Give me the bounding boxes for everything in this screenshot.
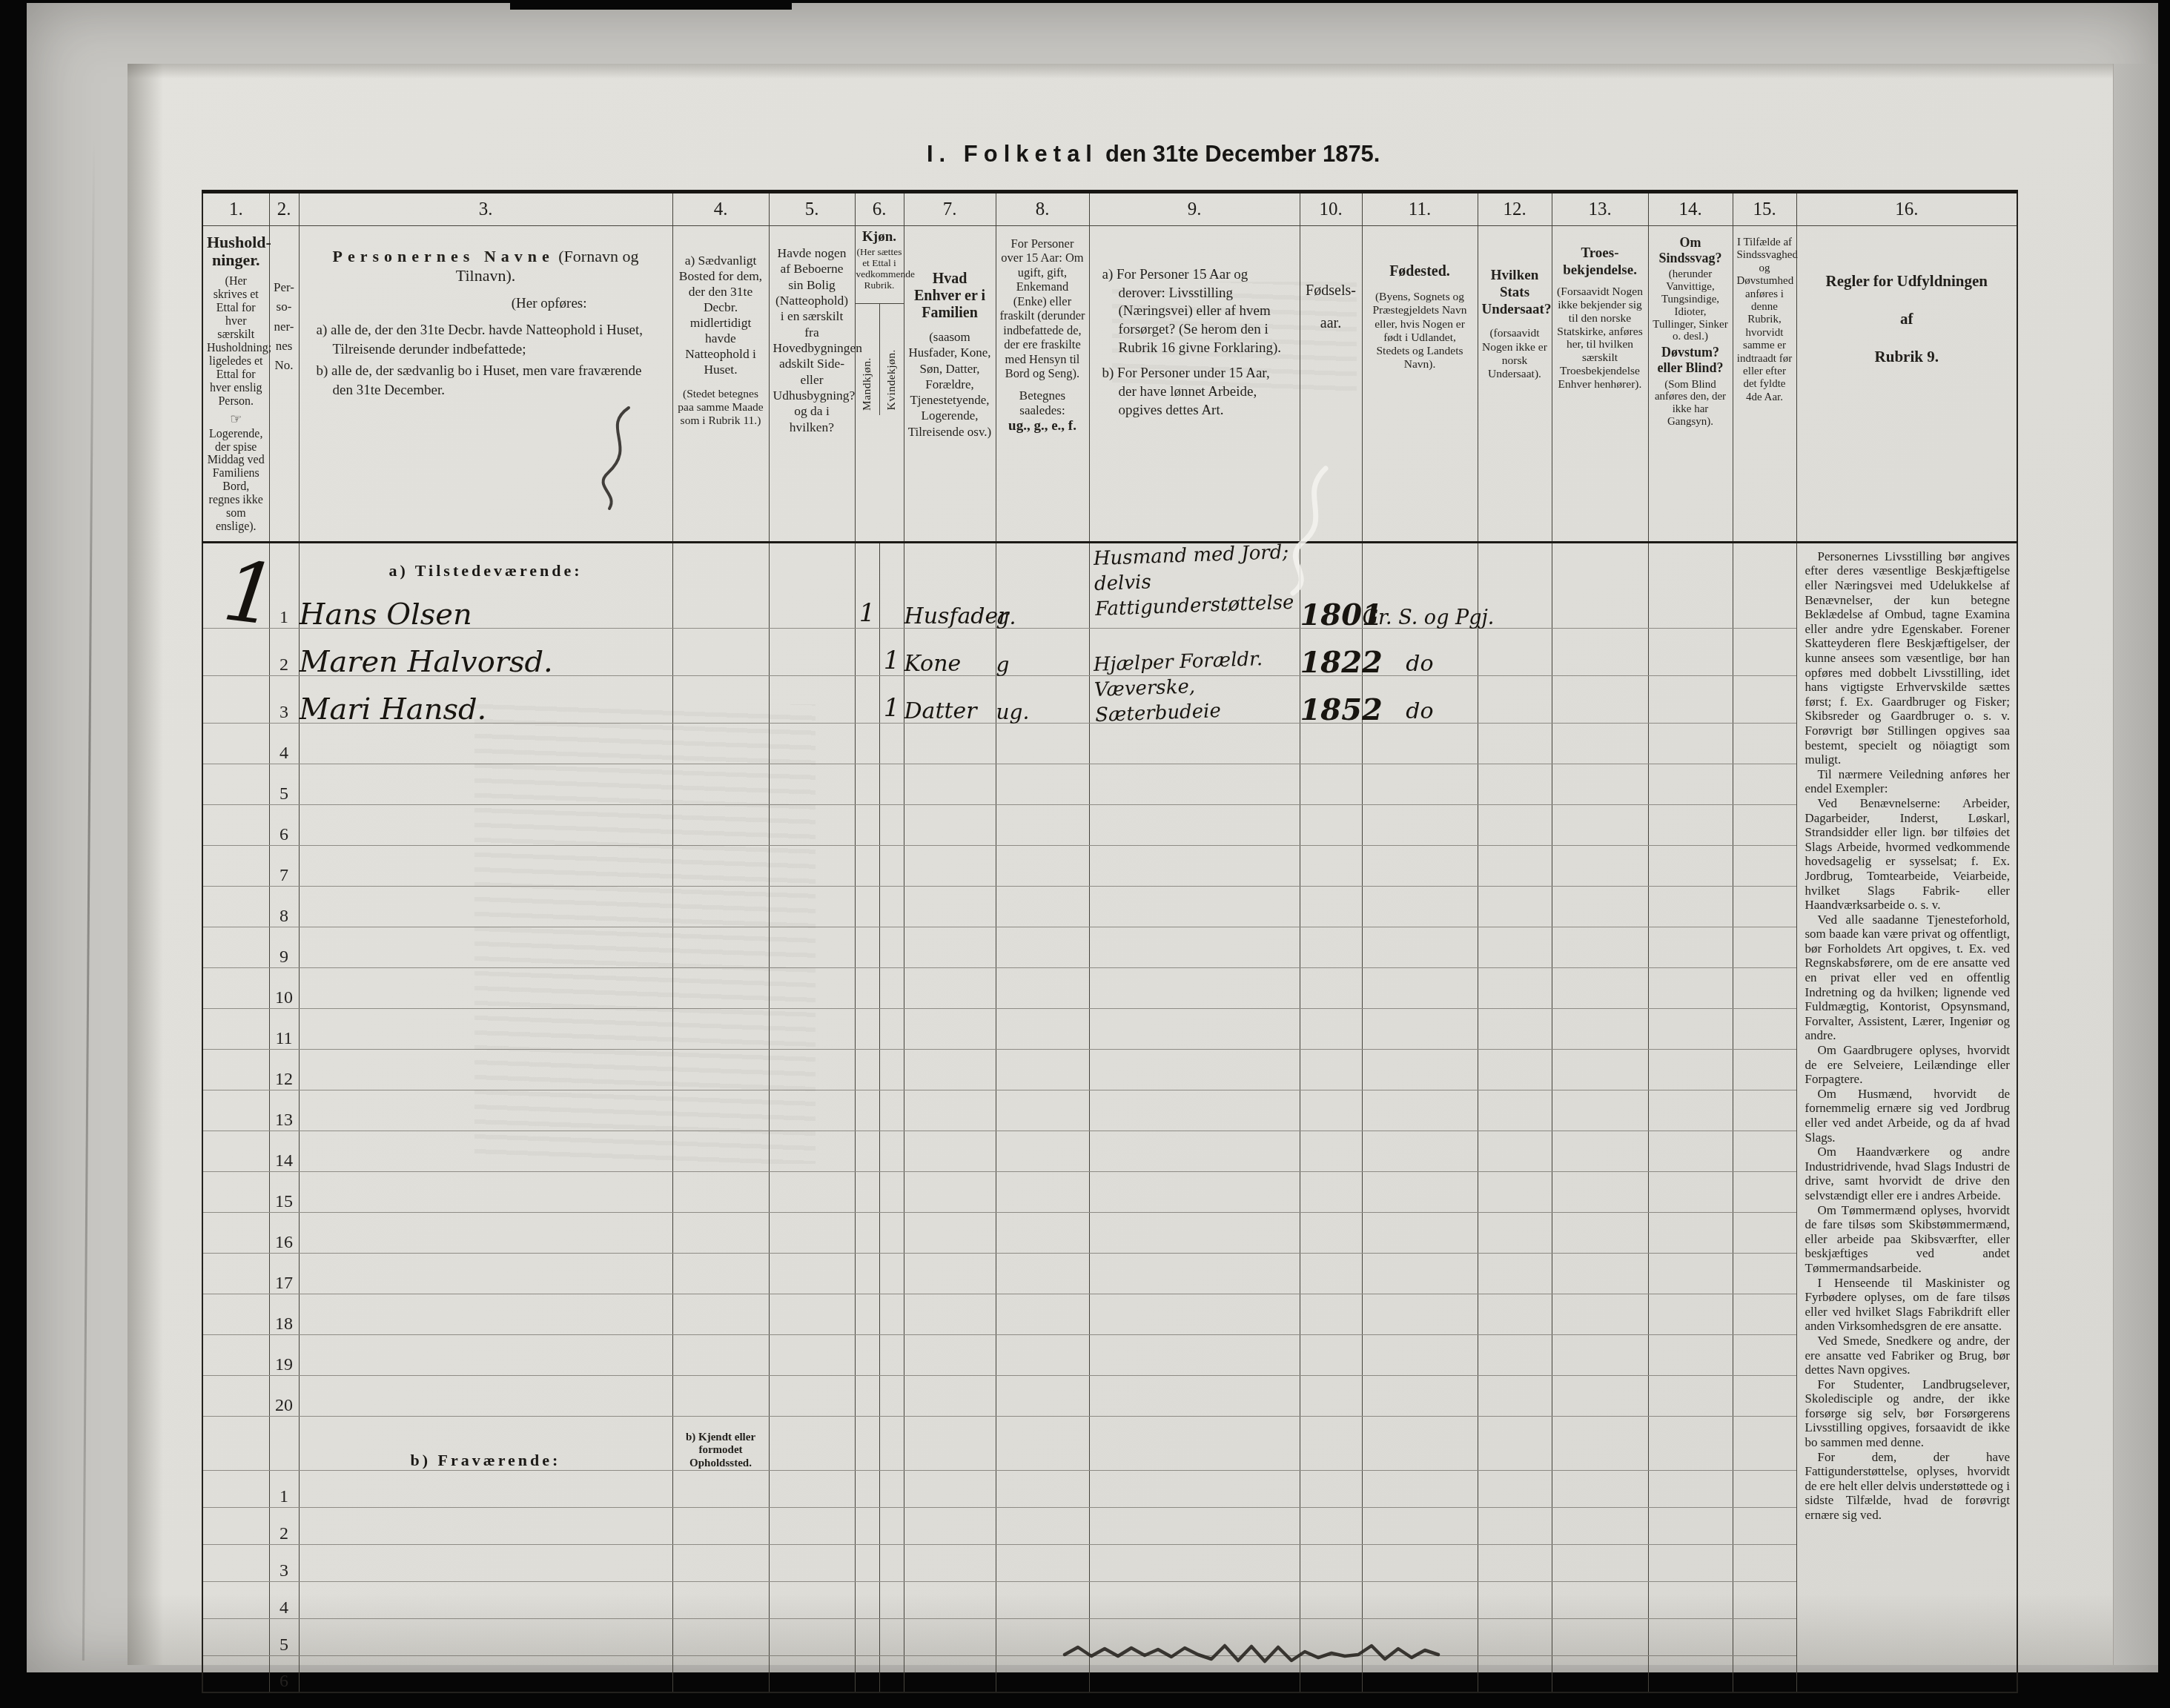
grid-cell bbox=[299, 845, 672, 886]
grid-cell bbox=[672, 1253, 769, 1294]
grid-cell bbox=[996, 1416, 1089, 1470]
grid-cell bbox=[769, 927, 855, 967]
col-number-16: 16. bbox=[1796, 192, 2017, 226]
grid-cell bbox=[1733, 1470, 1796, 1507]
grid-cell bbox=[672, 1212, 769, 1253]
header-usual-residence-note: (Stedet betegnes paa samme Maade som i R… bbox=[677, 388, 765, 427]
rules-paragraph: Ved alle saadanne Tjenesteforhold, som b… bbox=[1805, 913, 2011, 1043]
grid-cell bbox=[1552, 1655, 1648, 1692]
grid-cell bbox=[1733, 1008, 1796, 1049]
person-name: Mari Hansd. bbox=[299, 675, 672, 723]
header-marital-status: For Personer over 15 Aar: Om ugift, gift… bbox=[996, 226, 1089, 543]
grid-cell bbox=[1552, 886, 1648, 927]
grid-cell bbox=[1362, 1544, 1478, 1581]
header-usual-residence: a) Sædvanligt Bosted for dem, der den 31… bbox=[672, 226, 769, 543]
person-number: 2 bbox=[269, 1507, 299, 1544]
grid-cell bbox=[672, 845, 769, 886]
table-row: 18 bbox=[202, 1294, 2017, 1334]
grid-cell bbox=[1552, 1090, 1648, 1131]
grid-cell bbox=[879, 1131, 904, 1171]
grid-cell bbox=[202, 1008, 269, 1049]
grid-cell bbox=[202, 1131, 269, 1171]
grid-cell bbox=[672, 764, 769, 804]
page-title-date: den 31te December 1875. bbox=[1105, 141, 1380, 167]
grid-cell bbox=[1478, 1416, 1552, 1470]
grid-cell bbox=[202, 886, 269, 927]
grid-cell bbox=[996, 1171, 1089, 1212]
grid-cell bbox=[1362, 1507, 1478, 1544]
grid-cell bbox=[1552, 1294, 1648, 1334]
grid-cell bbox=[1648, 1581, 1733, 1618]
grid-cell bbox=[1300, 764, 1362, 804]
person-number: 1 bbox=[269, 1470, 299, 1507]
grid-cell bbox=[202, 1212, 269, 1253]
grid-cell bbox=[299, 1131, 672, 1171]
grid-cell bbox=[1089, 764, 1300, 804]
grid-cell bbox=[769, 967, 855, 1008]
grid-cell bbox=[879, 1544, 904, 1581]
header-marital-status-codes: ug., g., e., f. bbox=[1000, 418, 1085, 434]
grid-cell bbox=[1089, 1008, 1300, 1049]
page-fold-shadow-left bbox=[128, 64, 163, 1665]
grid-cell bbox=[1300, 1049, 1362, 1090]
grid-cell bbox=[879, 1090, 904, 1131]
person-number: 11 bbox=[269, 1008, 299, 1049]
person-name: Maren Halvorsd. bbox=[299, 628, 672, 675]
grid-cell bbox=[1648, 967, 1733, 1008]
page-fold-shadow-top bbox=[128, 64, 2113, 79]
grid-cell bbox=[904, 1470, 996, 1507]
grid-cell bbox=[1300, 1131, 1362, 1171]
table-row: 9 bbox=[202, 927, 2017, 967]
grid-cell bbox=[1648, 1131, 1733, 1171]
grid-cell bbox=[879, 764, 904, 804]
grid-cell bbox=[202, 1507, 269, 1544]
section-a-label: a) Tilstedeværende: bbox=[299, 542, 672, 580]
grid-cell bbox=[1552, 628, 1648, 675]
grid-cell bbox=[672, 927, 769, 967]
grid-cell bbox=[1733, 927, 1796, 967]
col-number-14: 14. bbox=[1648, 192, 1733, 226]
grid-cell bbox=[1648, 1253, 1733, 1294]
header-birthplace-title: Fødested. bbox=[1366, 263, 1474, 280]
grid-cell bbox=[1733, 1618, 1796, 1655]
grid-cell bbox=[1300, 723, 1362, 764]
grid-cell bbox=[855, 1171, 879, 1212]
section-b-label: b) Fraværende: bbox=[299, 1416, 672, 1470]
birth-year: 1822 bbox=[1300, 628, 1362, 675]
grid-cell bbox=[879, 1581, 904, 1618]
header-birthplace: Fødested. (Byens, Sognets og Præstegjeld… bbox=[1362, 226, 1478, 543]
grid-cell bbox=[1478, 1008, 1552, 1049]
grid-cell bbox=[202, 1581, 269, 1618]
grid-cell bbox=[672, 580, 769, 628]
grid-cell bbox=[1733, 1171, 1796, 1212]
header-birth-year-title: Fødsels- aar. bbox=[1304, 274, 1358, 340]
male-mark bbox=[855, 675, 879, 723]
grid-cell bbox=[904, 1416, 996, 1470]
header-disability-title2: Døvstum? eller Blind? bbox=[1653, 345, 1729, 375]
grid-cell bbox=[1733, 804, 1796, 845]
grid-cell bbox=[904, 1049, 996, 1090]
header-occupation: a) For Personer 15 Aar og derover: Livss… bbox=[1089, 226, 1300, 543]
grid-cell bbox=[1733, 1375, 1796, 1416]
grid-cell bbox=[769, 1618, 855, 1655]
grid-cell bbox=[1733, 886, 1796, 927]
person-number: 9 bbox=[269, 927, 299, 967]
grid-cell bbox=[1552, 804, 1648, 845]
grid-cell bbox=[1552, 723, 1648, 764]
grid-cell bbox=[1478, 1655, 1552, 1692]
header-disability: Om Sindssvag? (herunder Vanvittige, Tung… bbox=[1648, 226, 1733, 543]
table-row: 4 bbox=[202, 1581, 2017, 1618]
header-rules-line3: Rubrik 9. bbox=[1801, 348, 2014, 366]
header-names-item-a: a) alle de, der den 31te Decbr. havde Na… bbox=[303, 320, 669, 360]
rules-text-cell: Personernes Livsstilling bør angives eft… bbox=[1796, 542, 2017, 1692]
person-number: 15 bbox=[269, 1171, 299, 1212]
rules-text: Personernes Livsstilling bør angives eft… bbox=[1805, 549, 2011, 1523]
grid-cell bbox=[769, 1212, 855, 1253]
grid-cell bbox=[904, 1507, 996, 1544]
grid-cell bbox=[855, 723, 879, 764]
grid-cell bbox=[1089, 1470, 1300, 1507]
table-row: 16 bbox=[202, 1212, 2017, 1253]
grid-cell bbox=[202, 1171, 269, 1212]
grid-cell bbox=[1362, 1581, 1478, 1618]
grid-cell bbox=[879, 1008, 904, 1049]
person-number: 7 bbox=[269, 845, 299, 886]
grid-cell bbox=[879, 927, 904, 967]
grid-cell bbox=[672, 1544, 769, 1581]
grid-cell bbox=[1300, 1470, 1362, 1507]
grid-cell bbox=[879, 967, 904, 1008]
grid-cell bbox=[996, 927, 1089, 967]
family-position: Husfader bbox=[904, 580, 996, 628]
grid-cell bbox=[904, 1544, 996, 1581]
grid-cell bbox=[1300, 886, 1362, 927]
grid-cell bbox=[1552, 1049, 1648, 1090]
grid-cell bbox=[855, 1618, 879, 1655]
grid-cell bbox=[996, 1375, 1089, 1416]
header-person-number-title: Per- so- ner- nes No. bbox=[274, 278, 295, 376]
grid-cell bbox=[1362, 927, 1478, 967]
grid-cell bbox=[1733, 1507, 1796, 1544]
grid-cell bbox=[1648, 804, 1733, 845]
table-row: 3 Mari Hansd. 1 Datter ug. Hjælper Foræl… bbox=[202, 675, 2017, 723]
marital-status: g. bbox=[996, 580, 1089, 628]
grid-cell bbox=[202, 927, 269, 967]
grid-cell bbox=[1733, 764, 1796, 804]
grid-cell bbox=[1362, 1131, 1478, 1171]
grid-cell bbox=[855, 886, 879, 927]
header-family-position: Hvad Enhver er i Familien (saasom Husfad… bbox=[904, 226, 996, 543]
grid-cell bbox=[1648, 1090, 1733, 1131]
grid-cell bbox=[879, 886, 904, 927]
grid-cell bbox=[1362, 542, 1478, 580]
grid-cell bbox=[769, 723, 855, 764]
grid-cell bbox=[202, 967, 269, 1008]
grid-cell bbox=[904, 542, 996, 580]
grid-cell bbox=[1300, 1416, 1362, 1470]
grid-cell bbox=[299, 1655, 672, 1692]
grid-cell bbox=[1362, 967, 1478, 1008]
grid-cell bbox=[1362, 1253, 1478, 1294]
grid-cell bbox=[996, 1334, 1089, 1375]
grid-cell bbox=[904, 1253, 996, 1294]
grid-cell bbox=[769, 1131, 855, 1171]
grid-cell bbox=[1300, 1212, 1362, 1253]
person-number: 3 bbox=[269, 675, 299, 723]
grid-cell bbox=[1300, 1253, 1362, 1294]
grid-cell bbox=[996, 967, 1089, 1008]
grid-cell bbox=[1478, 1171, 1552, 1212]
grid-cell bbox=[1089, 1507, 1300, 1544]
rules-paragraph: Til nærmere Veiledning anføres her endel… bbox=[1805, 767, 2011, 796]
grid-cell bbox=[1478, 845, 1552, 886]
male-mark: 1 bbox=[855, 580, 879, 628]
grid-cell bbox=[299, 1544, 672, 1581]
pointing-hand-icon: ☞ bbox=[230, 411, 242, 427]
grid-cell bbox=[299, 723, 672, 764]
grid-cell bbox=[1733, 1049, 1796, 1090]
grid-cell bbox=[1089, 1253, 1300, 1294]
grid-cell bbox=[1300, 1171, 1362, 1212]
page-title-word: I. Folketal bbox=[927, 141, 1098, 167]
grid-cell bbox=[855, 1375, 879, 1416]
grid-cell bbox=[1648, 1507, 1733, 1544]
grid-cell bbox=[1648, 1655, 1733, 1692]
grid-cell bbox=[1552, 1470, 1648, 1507]
table-row: 6 bbox=[202, 804, 2017, 845]
grid-cell bbox=[1089, 967, 1300, 1008]
grid-cell bbox=[1552, 1507, 1648, 1544]
grid-cell bbox=[769, 804, 855, 845]
table-row: 12 bbox=[202, 1049, 2017, 1090]
grid-cell bbox=[1089, 886, 1300, 927]
person-number: 6 bbox=[269, 1655, 299, 1692]
header-family-position-note: (saasom Husfader, Kone, Søn, Datter, For… bbox=[908, 329, 992, 440]
male-mark bbox=[855, 628, 879, 675]
grid-cell bbox=[1552, 1416, 1648, 1470]
grid-cell bbox=[769, 1375, 855, 1416]
header-occupation-item-b: b) For Personer under 15 Aar, der have l… bbox=[1094, 362, 1296, 424]
occupation: Hjælper Forældr. Væverske, Sæterbudeie bbox=[1093, 646, 1309, 728]
grid-cell bbox=[1733, 1294, 1796, 1334]
header-households-title: Hushold- ninger. bbox=[207, 234, 265, 269]
grid-cell bbox=[1089, 1131, 1300, 1171]
header-creed: Troes- bekjendelse. (Forsaavidt Nogen ik… bbox=[1552, 226, 1648, 543]
grid-cell bbox=[855, 1294, 879, 1334]
table-row: 14 bbox=[202, 1131, 2017, 1171]
grid-cell bbox=[879, 1655, 904, 1692]
grid-cell bbox=[672, 1375, 769, 1416]
rules-paragraph: Ved Benævnelserne: Arbeider, Dagarbeider… bbox=[1805, 796, 2011, 913]
person-number: 2 bbox=[269, 628, 299, 675]
grid-cell bbox=[1362, 804, 1478, 845]
grid-cell bbox=[672, 1470, 769, 1507]
grid-cell bbox=[202, 1375, 269, 1416]
grid-cell bbox=[1300, 1375, 1362, 1416]
grid-cell bbox=[1552, 1618, 1648, 1655]
grid-cell bbox=[1300, 1581, 1362, 1618]
grid-cell bbox=[1362, 1294, 1478, 1334]
grid-cell bbox=[1648, 1171, 1733, 1212]
household-count-mark: 1 bbox=[219, 549, 281, 638]
grid-cell bbox=[769, 764, 855, 804]
grid-cell bbox=[904, 1294, 996, 1334]
header-names-item-b: b) alle de, der sædvanlig bo i Huset, me… bbox=[303, 360, 669, 401]
col-number-15: 15. bbox=[1733, 192, 1796, 226]
grid-cell bbox=[1733, 1655, 1796, 1692]
grid-cell bbox=[299, 967, 672, 1008]
grid-cell bbox=[1552, 675, 1648, 723]
grid-cell bbox=[769, 1416, 855, 1470]
grid-cell bbox=[855, 967, 879, 1008]
rules-paragraph: For dem, der have Fattigunderstøttelse, … bbox=[1805, 1450, 2011, 1523]
grid-cell bbox=[904, 1655, 996, 1692]
table-row: 19 bbox=[202, 1334, 2017, 1375]
header-citizenship-note: (forsaavidt Nogen ikke er norsk Undersaa… bbox=[1482, 327, 1548, 381]
grid-cell bbox=[996, 1253, 1089, 1294]
grid-cell bbox=[202, 764, 269, 804]
table-row: 2 bbox=[202, 1507, 2017, 1544]
grid-cell bbox=[1648, 675, 1733, 723]
grid-cell bbox=[996, 1008, 1089, 1049]
table-row: 20 bbox=[202, 1375, 2017, 1416]
grid-cell bbox=[769, 1008, 855, 1049]
grid-cell bbox=[1552, 1544, 1648, 1581]
census-table: 1. 2. 3. 4. 5. 6. 7. 8. 9. 10. 11. 12. 1… bbox=[202, 190, 2018, 1693]
grid-cell bbox=[1648, 1375, 1733, 1416]
grid-cell bbox=[1478, 1470, 1552, 1507]
grid-cell bbox=[299, 1294, 672, 1334]
grid-cell bbox=[769, 580, 855, 628]
grid-cell bbox=[996, 804, 1089, 845]
grid-cell bbox=[904, 1171, 996, 1212]
table-row: 1 bbox=[202, 1470, 2017, 1507]
grid-cell bbox=[1089, 1171, 1300, 1212]
person-number: 16 bbox=[269, 1212, 299, 1253]
grid-cell bbox=[202, 1470, 269, 1507]
grid-cell bbox=[672, 1131, 769, 1171]
grid-cell bbox=[1300, 845, 1362, 886]
grid-cell bbox=[769, 1470, 855, 1507]
grid-cell bbox=[1300, 1008, 1362, 1049]
person-number: 3 bbox=[269, 1544, 299, 1581]
marital-status: g bbox=[996, 628, 1089, 675]
grid-cell bbox=[996, 845, 1089, 886]
grid-cell bbox=[299, 927, 672, 967]
grid-cell bbox=[1552, 845, 1648, 886]
grid-cell bbox=[1648, 628, 1733, 675]
grid-cell bbox=[769, 675, 855, 723]
table-row: 5 bbox=[202, 764, 2017, 804]
grid-cell bbox=[1478, 967, 1552, 1008]
grid-cell bbox=[855, 1507, 879, 1544]
grid-cell bbox=[1552, 967, 1648, 1008]
grid-cell bbox=[1089, 1581, 1300, 1618]
grid-cell bbox=[1648, 1212, 1733, 1253]
grid-cell bbox=[855, 1090, 879, 1131]
header-sex-title: Kjøn. bbox=[856, 229, 904, 245]
person-number: 4 bbox=[269, 723, 299, 764]
grid-cell bbox=[1362, 1470, 1478, 1507]
grid-cell bbox=[1478, 1253, 1552, 1294]
grid-cell bbox=[1478, 1131, 1552, 1171]
grid-cell bbox=[1478, 1212, 1552, 1253]
grid-cell bbox=[299, 1212, 672, 1253]
grid-cell bbox=[1552, 542, 1648, 580]
grid-cell bbox=[1648, 1618, 1733, 1655]
table-row: 15 bbox=[202, 1171, 2017, 1212]
person-number: 12 bbox=[269, 1049, 299, 1090]
grid-cell bbox=[855, 1131, 879, 1171]
table-row: 4 bbox=[202, 723, 2017, 764]
occupation-cell: Hjælper Forældr. Væverske, Sæterbudeie bbox=[1089, 675, 1300, 723]
grid-cell bbox=[1478, 927, 1552, 967]
grid-cell bbox=[904, 1090, 996, 1131]
header-marital-status-title: For Personer over 15 Aar: Om ugift, gift… bbox=[1000, 236, 1085, 381]
col-number-8: 8. bbox=[996, 192, 1089, 226]
grid-cell bbox=[855, 1416, 879, 1470]
female-mark: 1 bbox=[879, 628, 904, 675]
col-number-6: 6. bbox=[855, 192, 904, 226]
grid-cell bbox=[1089, 1212, 1300, 1253]
grid-cell bbox=[1478, 1090, 1552, 1131]
column-number-row: 1. 2. 3. 4. 5. 6. 7. 8. 9. 10. 11. 12. 1… bbox=[202, 192, 2017, 226]
grid-cell bbox=[855, 1334, 879, 1375]
col-number-11: 11. bbox=[1362, 192, 1478, 226]
grid-cell bbox=[1648, 1049, 1733, 1090]
rules-paragraph: Om Haandværkere og andre Industridrivend… bbox=[1805, 1145, 2011, 1202]
grid-cell bbox=[1478, 1544, 1552, 1581]
header-households-note: (Her skrives et Ettal for hver særskilt … bbox=[207, 275, 265, 408]
grid-cell bbox=[672, 804, 769, 845]
grid-cell bbox=[769, 542, 855, 580]
grid-cell bbox=[672, 967, 769, 1008]
col-number-3: 3. bbox=[299, 192, 672, 226]
section-b-row: b) Fraværende: b) Kjendt eller formodet … bbox=[202, 1416, 2017, 1470]
grid-cell bbox=[1478, 1375, 1552, 1416]
grid-cell bbox=[202, 675, 269, 723]
grid-cell bbox=[1089, 1375, 1300, 1416]
grid-cell bbox=[202, 1416, 269, 1470]
grid-cell bbox=[769, 1049, 855, 1090]
grid-cell bbox=[672, 1294, 769, 1334]
family-position: Kone bbox=[904, 628, 996, 675]
header-names-intro: (Her opføres: bbox=[303, 296, 669, 312]
grid-cell bbox=[855, 804, 879, 845]
grid-cell bbox=[1733, 1253, 1796, 1294]
grid-cell bbox=[996, 542, 1089, 580]
grid-cell bbox=[1552, 1253, 1648, 1294]
grid-cell bbox=[672, 1507, 769, 1544]
rules-paragraph: Ved Smede, Snedkere og andre, der ere an… bbox=[1805, 1334, 2011, 1377]
grid-cell bbox=[672, 628, 769, 675]
grid-cell bbox=[672, 1334, 769, 1375]
grid-cell bbox=[879, 542, 904, 580]
grid-cell bbox=[1648, 1008, 1733, 1049]
grid-cell bbox=[1089, 1416, 1300, 1470]
person-number: 20 bbox=[269, 1375, 299, 1416]
grid-cell bbox=[1552, 1334, 1648, 1375]
grid-cell bbox=[879, 723, 904, 764]
section-b-note: b) Kjendt eller formodet Opholdssted. bbox=[672, 1416, 769, 1470]
grid-cell bbox=[1648, 886, 1733, 927]
grid-cell bbox=[1733, 967, 1796, 1008]
grid-cell bbox=[996, 1507, 1089, 1544]
grid-cell bbox=[1552, 1171, 1648, 1212]
